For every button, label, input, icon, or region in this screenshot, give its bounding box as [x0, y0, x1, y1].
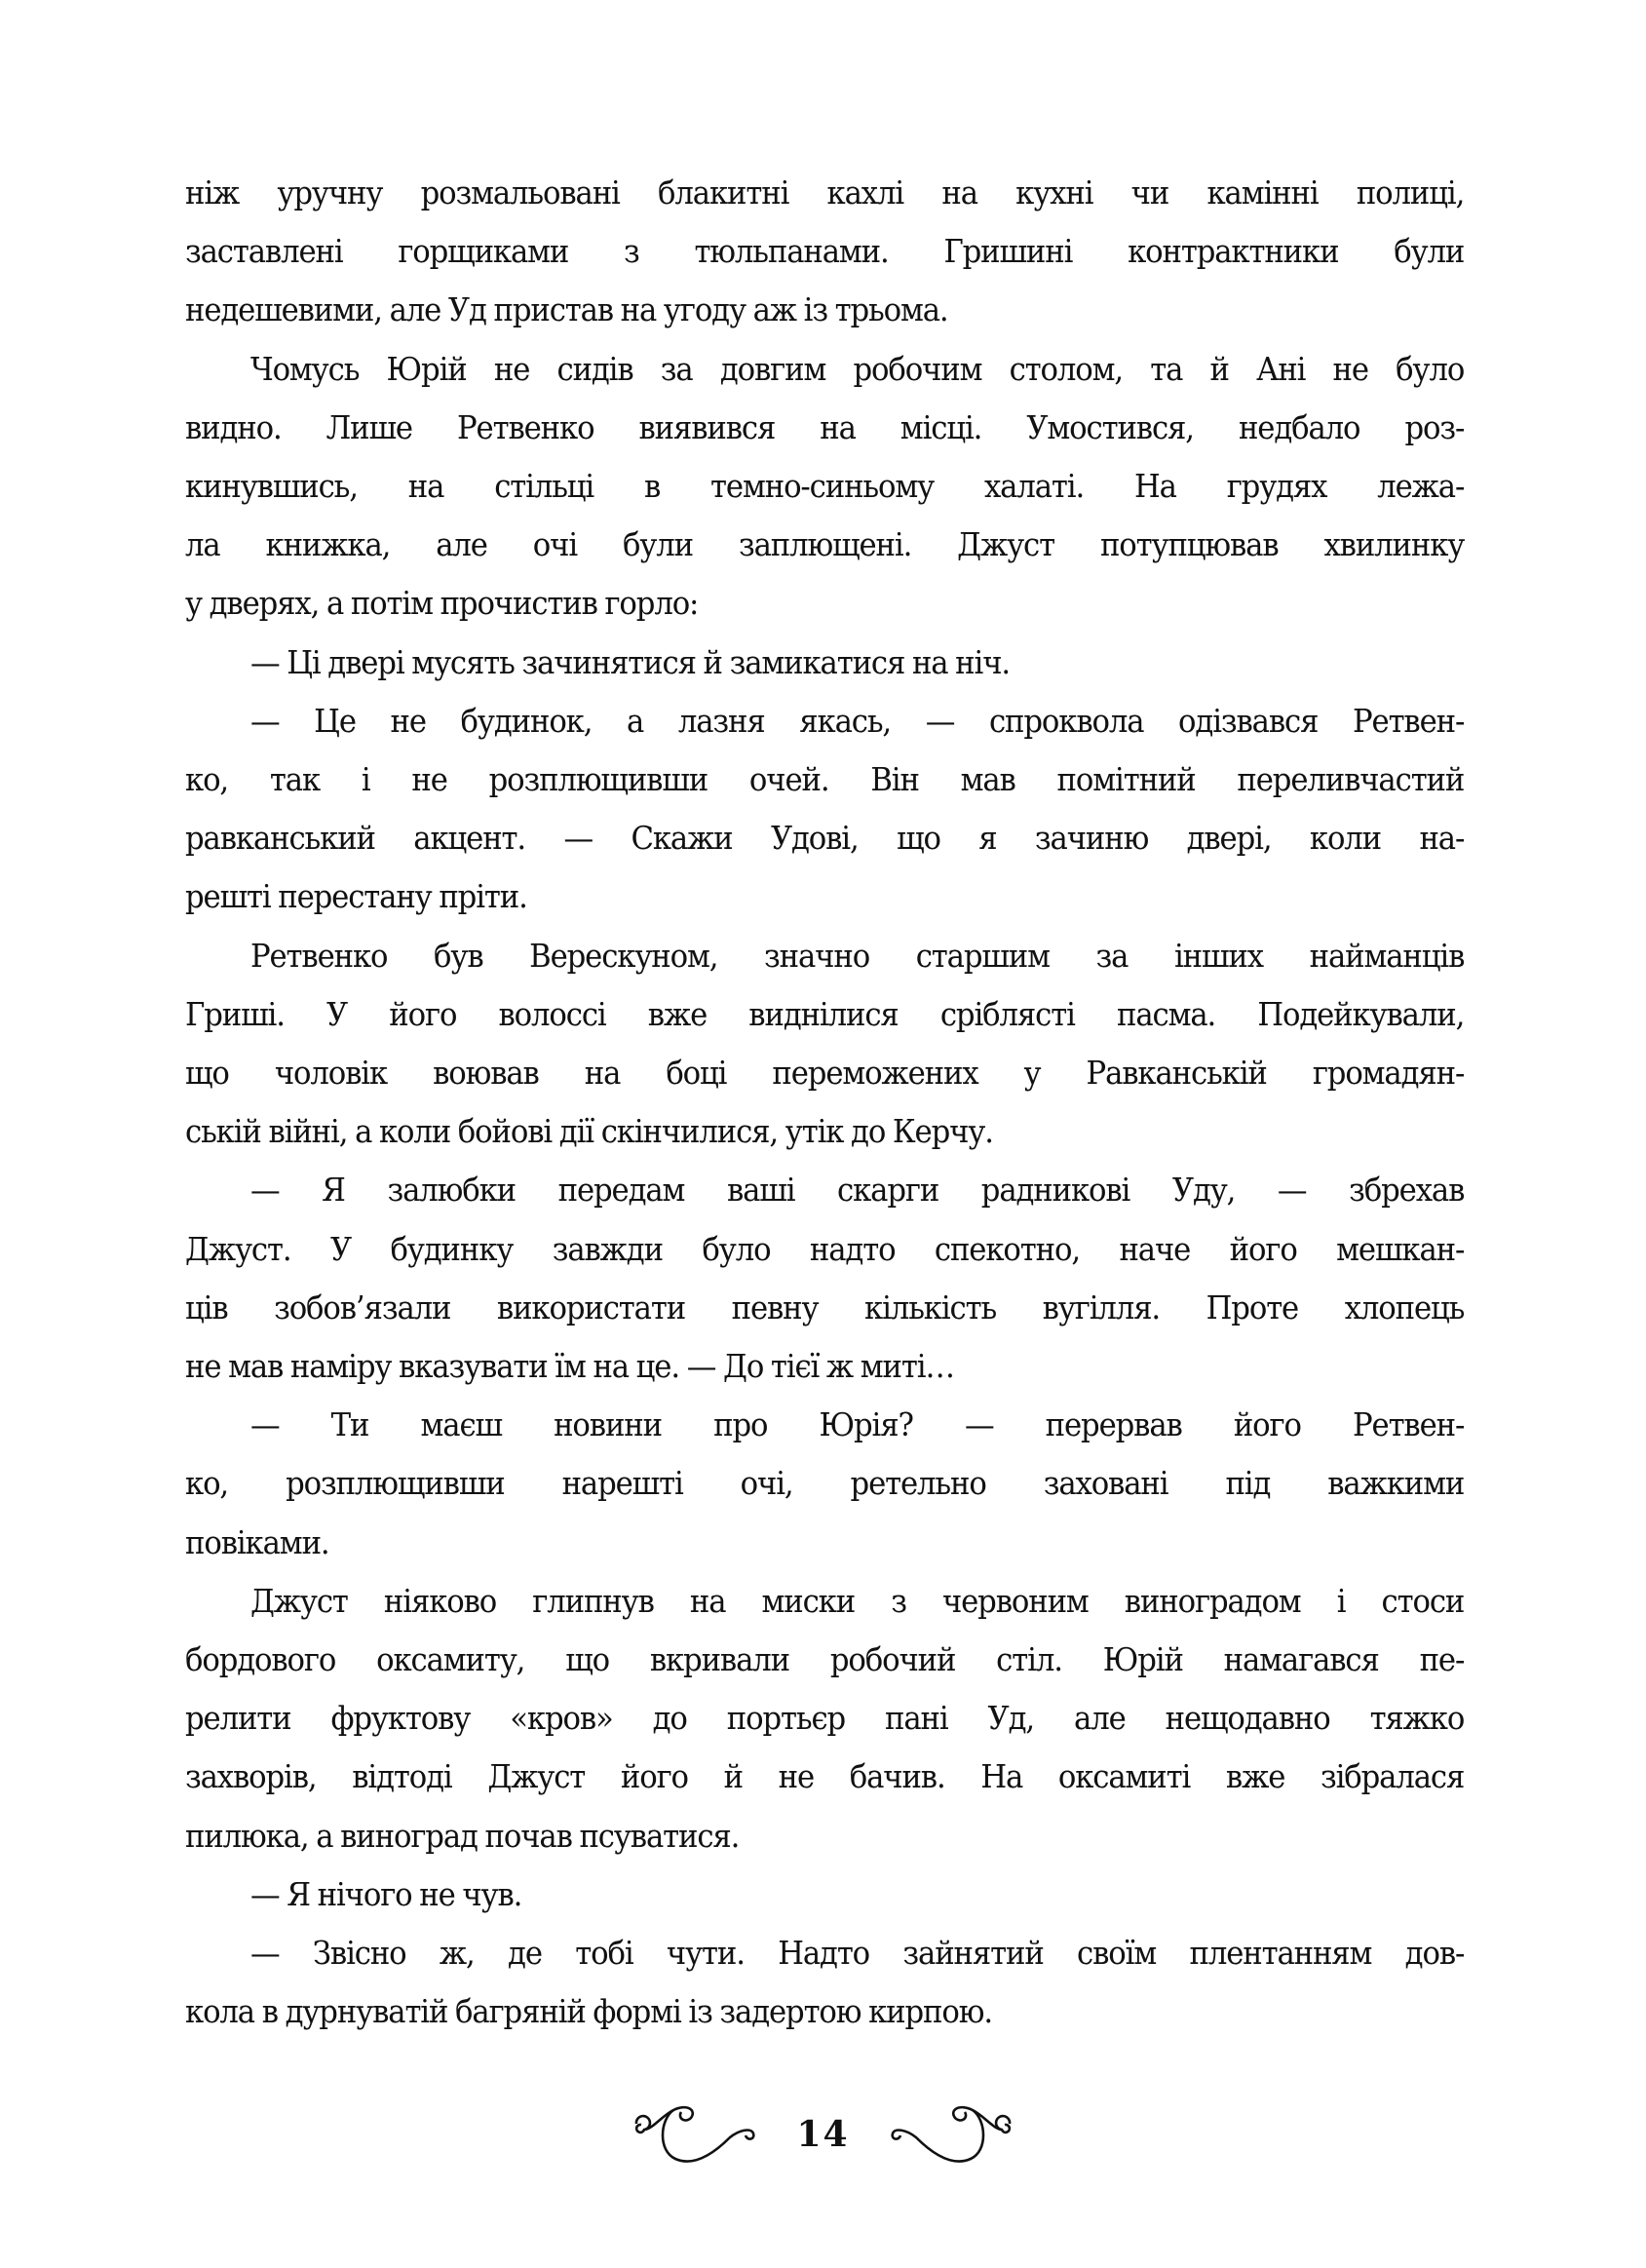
- text-line: — Це не будинок, а лазня якась, — спрокв…: [185, 692, 1464, 750]
- text-line: кола в дурнуватій багряній формі із заде…: [185, 1982, 1464, 2041]
- text-line: недешевими, але Уд пристав на угоду аж і…: [185, 281, 1464, 339]
- paragraph: — Це не будинок, а лазня якась, — спрокв…: [185, 692, 1464, 927]
- text-line: ла книжка, але очі були заплющені. Джуст…: [185, 516, 1464, 574]
- paragraph: — Звісно ж, де тобі чути. Надто зайнятий…: [185, 1924, 1464, 2041]
- text-line: — Я залюбки передам ваші скарги радников…: [185, 1161, 1464, 1219]
- paragraph: — Я нічого не чув.: [185, 1865, 1464, 1924]
- text-line: ніж уручну розмальовані блакитні кахлі н…: [185, 164, 1464, 222]
- text-line: що чоловік воював на боці переможених у …: [185, 1044, 1464, 1102]
- swash-ornament-left-icon: [623, 2100, 769, 2169]
- text-line: ців зобов’язали використати певну кількі…: [185, 1279, 1464, 1337]
- text-line: бордового оксамиту, що вкривали робочий …: [185, 1631, 1464, 1689]
- text-line: равканський акцент. — Скажи Удові, що я …: [185, 809, 1464, 867]
- text-line: не мав наміру вказувати їм на це. — До т…: [185, 1337, 1464, 1396]
- text-line: Джуст. У будинку завжди було надто спеко…: [185, 1220, 1464, 1279]
- paragraph: Ретвенко був Верескуном, значно старшим …: [185, 927, 1464, 1162]
- text-line: — Звісно ж, де тобі чути. Надто зайнятий…: [185, 1924, 1464, 1982]
- text-line: кинувшись, на стільці в темно-синьому ха…: [185, 457, 1464, 516]
- page-body: ніж уручну розмальовані блакитні кахлі н…: [185, 164, 1464, 2042]
- text-block: ніж уручну розмальовані блакитні кахлі н…: [185, 164, 1464, 2042]
- text-line: повіками.: [185, 1514, 1464, 1572]
- paragraph: ніж уручну розмальовані блакитні кахлі н…: [185, 164, 1464, 340]
- paragraph: — Я залюбки передам ваші скарги радников…: [185, 1161, 1464, 1396]
- text-line: ській війні, а коли бойові дії скінчилис…: [185, 1102, 1464, 1161]
- text-line: у дверях, а потім прочистив горло:: [185, 574, 1464, 633]
- text-line: — Ти маєш новини про Юрія? — перервав йо…: [185, 1396, 1464, 1454]
- paragraph: — Ці двері мусять зачинятися й замикатис…: [185, 634, 1464, 692]
- text-line: пилюка, а виноград почав псуватися.: [185, 1807, 1464, 1865]
- text-line: Гриші. У його волоссі вже виднілися сріб…: [185, 985, 1464, 1044]
- text-line: релити фруктову «кров» до портьєр пані У…: [185, 1689, 1464, 1748]
- paragraph: Чомусь Юрій не сидів за довгим робочим с…: [185, 340, 1464, 634]
- text-line: ко, так і не розплющивши очей. Він мав п…: [185, 750, 1464, 809]
- text-line: решті перестану пріти.: [185, 867, 1464, 926]
- text-line: — Ці двері мусять зачинятися й замикатис…: [185, 634, 1464, 692]
- text-line: видно. Лише Ретвенко виявився на місці. …: [185, 399, 1464, 457]
- text-line: Чомусь Юрій не сидів за довгим робочим с…: [185, 340, 1464, 399]
- text-line: ко, розплющивши нарешті очі, ретельно за…: [185, 1454, 1464, 1513]
- text-line: Джуст ніяково глипнув на миски з червони…: [185, 1572, 1464, 1631]
- page-number: 14: [796, 2114, 849, 2155]
- text-line: — Я нічого не чув.: [185, 1865, 1464, 1924]
- text-line: Ретвенко був Верескуном, значно старшим …: [185, 927, 1464, 985]
- text-line: захворів, відтоді Джуст його й не бачив.…: [185, 1748, 1464, 1806]
- paragraph: Джуст ніяково глипнув на миски з червони…: [185, 1572, 1464, 1865]
- page-footer: 14: [0, 2095, 1646, 2173]
- paragraph: — Ти маєш новини про Юрія? — перервав йо…: [185, 1396, 1464, 1572]
- text-line: заставлені горщиками з тюльпанами. Гриши…: [185, 222, 1464, 281]
- swash-ornament-right-icon: [877, 2100, 1023, 2169]
